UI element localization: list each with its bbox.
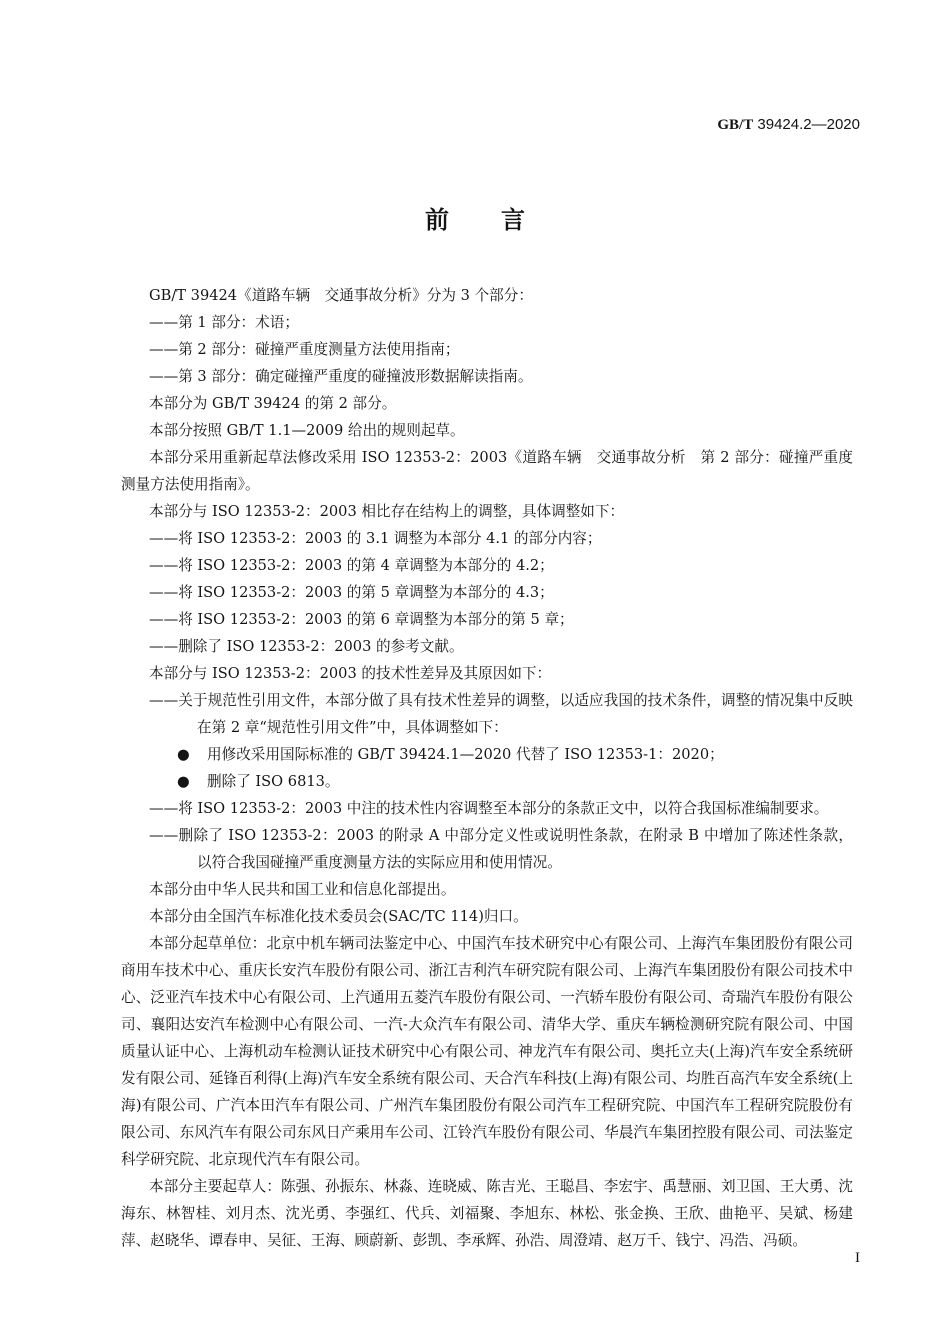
bullet-icon: ● — [177, 768, 190, 795]
list-item-difference-1: ——关于规范性引用文件，本部分做了具有技术性差异的调整，以适应我国的技术条件，调… — [121, 687, 853, 741]
list-item-structure-2: ——将 ISO 12353-2：2003 的第 4 章调整为本部分的 4.2； — [121, 552, 853, 579]
standard-prefix: GB/T — [717, 117, 753, 133]
list-item-part-3: ——第 3 部分：确定碰撞严重度的碰撞波形数据解读指南。 — [121, 363, 853, 390]
bullet-icon: ● — [177, 741, 190, 768]
list-item-structure-1: ——将 ISO 12353-2：2003 的 3.1 调整为本部分 4.1 的部… — [121, 525, 853, 552]
foreword-body: GB/T 39424《道路车辆 交通事故分析》分为 3 个部分： ——第 1 部… — [121, 282, 853, 1254]
bullet-item-1: ●用修改采用国际标准的 GB/T 39424.1—2020 代替了 ISO 12… — [121, 741, 853, 768]
page-title: 前言 — [0, 200, 950, 235]
list-item-part-2: ——第 2 部分：碰撞严重度测量方法使用指南； — [121, 336, 853, 363]
page-number: I — [855, 1250, 860, 1267]
paragraph-adoption-text: 本部分采用重新起草法修改采用 ISO 12353-2：2003《道路车辆 交通事… — [121, 449, 853, 493]
paragraph-main-drafters: 本部分主要起草人：陈强、孙振东、林淼、连晓威、陈吉光、王聪昌、李宏宇、禹慧丽、刘… — [121, 1173, 853, 1254]
standard-number: 39424.2—2020 — [757, 116, 860, 133]
bullet-item-1-text: 用修改采用国际标准的 GB/T 39424.1—2020 代替了 ISO 123… — [207, 746, 724, 763]
list-item-part-1: ——第 1 部分：术语； — [121, 309, 853, 336]
list-item-difference-2: ——将 ISO 12353-2：2003 中注的技术性内容调整至本部分的条款正文… — [121, 795, 853, 822]
paragraph-proposed-by: 本部分由中华人民共和国工业和信息化部提出。 — [121, 876, 853, 903]
list-item-structure-5: ——删除了 ISO 12353-2：2003 的参考文献。 — [121, 633, 853, 660]
paragraph-this-part: 本部分为 GB/T 39424 的第 2 部分。 — [121, 390, 853, 417]
paragraph-structure-changes: 本部分与 ISO 12353-2：2003 相比存在结构上的调整，具体调整如下： — [121, 498, 853, 525]
paragraph-drafting-rules: 本部分按照 GB/T 1.1—2009 给出的规则起草。 — [121, 417, 853, 444]
list-item-structure-3: ——将 ISO 12353-2：2003 的第 5 章调整为本部分的 4.3； — [121, 579, 853, 606]
paragraph-drafting-organizations: 本部分起草单位：北京中机车辆司法鉴定中心、中国汽车技术研究中心有限公司、上海汽车… — [121, 930, 853, 1173]
list-item-difference-3: ——删除了 ISO 12353-2：2003 的附录 A 中部分定义性或说明性条… — [121, 822, 853, 876]
standard-code: GB/T 39424.2—2020 — [717, 116, 860, 134]
paragraph-technical-differences: 本部分与 ISO 12353-2：2003 的技术性差异及其原因如下： — [121, 660, 853, 687]
bullet-item-2-text: 删除了 ISO 6813。 — [207, 773, 340, 790]
paragraph-under-jurisdiction: 本部分由全国汽车标准化技术委员会(SAC/TC 114)归口。 — [121, 903, 853, 930]
paragraph-parts-intro: GB/T 39424《道路车辆 交通事故分析》分为 3 个部分： — [121, 282, 853, 309]
bullet-item-2: ●删除了 ISO 6813。 — [121, 768, 853, 795]
list-item-structure-4: ——将 ISO 12353-2：2003 的第 6 章调整为本部分的第 5 章； — [121, 606, 853, 633]
paragraph-adoption: 本部分采用重新起草法修改采用 ISO 12353-2：2003《道路车辆 交通事… — [93, 444, 853, 498]
